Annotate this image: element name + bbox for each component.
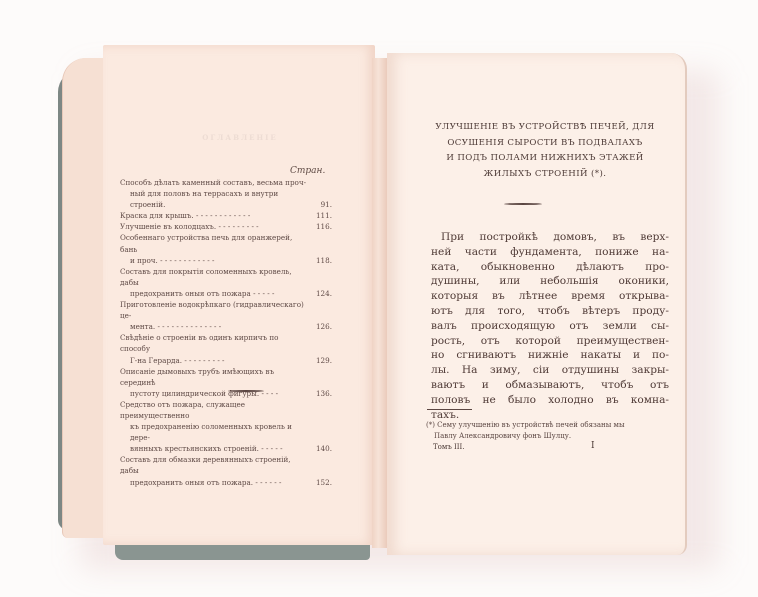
chapter-title: Улучшеніе въ устройствѣ печей, для осуше… [414, 120, 676, 182]
toc-entry: Свѣдѣніе о строеніи въ одинъ кирпичъ по … [120, 332, 332, 365]
book-gutter [372, 58, 388, 548]
toc-page-number: 126. [308, 321, 332, 332]
toc-entry: Приготовленіе водокрѣпкаго (гидравлическ… [120, 299, 332, 332]
right-page-ornament-rule [504, 203, 542, 205]
toc-entry: Средство отъ пожара, служащее преимущест… [120, 399, 332, 454]
toc-entry: Краска для крышъ. - - - - - - - - - - - … [120, 210, 332, 221]
chapter-body-text: При постройкѣ домовъ, въ верх- ней части… [431, 230, 669, 422]
toc-page-number: 118. [308, 255, 332, 266]
toc-entry: Улучшеніе въ колодцахъ. - - - - - - - - … [120, 221, 332, 232]
toc-page-number: 116. [308, 221, 332, 232]
toc-page-number: 111. [308, 210, 332, 221]
toc-page-number: 136. [308, 388, 332, 399]
left-page-ornament-rule [228, 390, 264, 392]
volume-signature: Томъ III. [433, 443, 465, 451]
footnote: (*) Сему улучшенію въ устройствѣ печей о… [426, 420, 666, 442]
toc-page-number: 91. [308, 199, 332, 210]
toc-entry: Описаніе дымовыхъ трубъ имѣющихъ въ сере… [120, 366, 332, 399]
toc-page-number: 152. [308, 477, 332, 488]
toc-entry: Способъ дѣлать каменный составъ, весьма … [120, 177, 332, 210]
toc-entry: Особеннаго устройства печь для оранжерей… [120, 232, 332, 265]
gathering-signature: I [591, 441, 595, 451]
toc-page-column-label: Стран. [290, 166, 325, 176]
table-of-contents: Способъ дѣлать каменный составъ, весьма … [120, 177, 332, 488]
toc-entry: Составъ для обмазки деревянныхъ строеній… [120, 454, 332, 487]
toc-page-number: 124. [308, 288, 332, 299]
toc-page-number: 129. [308, 355, 332, 366]
toc-entry: Составъ для покрытія соломенныхъ кровель… [120, 266, 332, 299]
toc-heading: ОГЛАВЛЕНІЕ [130, 133, 350, 142]
toc-page-number: 140. [308, 443, 332, 454]
footnote-rule [427, 409, 472, 410]
